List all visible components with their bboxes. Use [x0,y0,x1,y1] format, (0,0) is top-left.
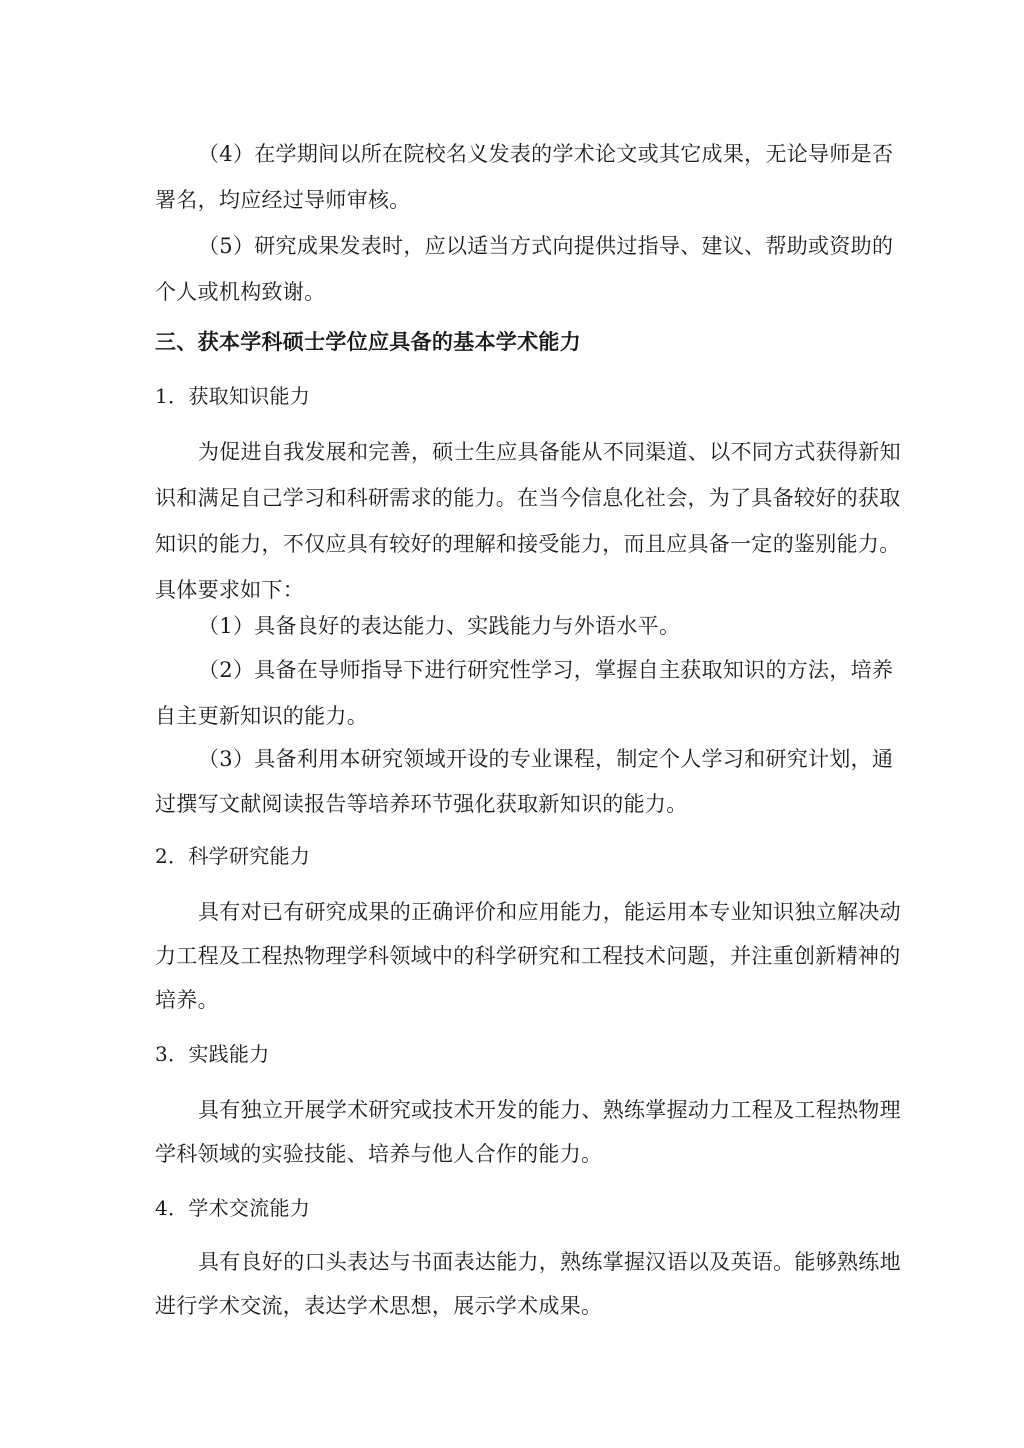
item-5-line-1: （5）研究成果发表时，应以适当方式向提供过指导、建议、帮助或资助的 [198,232,893,260]
research-para-line-3: 培养。 [155,986,219,1014]
knowledge-item-2-line-2: 自主更新知识的能力。 [155,702,368,730]
knowledge-para-line-3: 知识的能力，不仅应具有较好的理解和接受能力，而且应具备一定的鉴别能力。 [155,530,901,558]
item-4-line-2: 署名，均应经过导师审核。 [155,186,411,214]
practice-para-line-2: 学科领域的实验技能、培养与他人合作的能力。 [155,1140,602,1168]
knowledge-item-3-line-2: 过撰写文献阅读报告等培养环节强化获取新知识的能力。 [155,790,688,818]
subheading-practice: 3．实践能力 [155,1040,270,1068]
document-page: （4）在学期间以所在院校名义发表的学术论文或其它成果，无论导师是否 署名，均应经… [0,0,1024,1448]
section-heading-3: 三、获本学科硕士学位应具备的基本学术能力 [155,328,581,356]
item-4-line-1: （4）在学期间以所在院校名义发表的学术论文或其它成果，无论导师是否 [198,140,893,168]
practice-para-line-1: 具有独立开展学术研究或技术开发的能力、熟练掌握动力工程及工程热物理 [198,1096,901,1124]
knowledge-item-1: （1）具备良好的表达能力、实践能力与外语水平。 [198,612,680,640]
subheading-research: 2．科学研究能力 [155,842,310,870]
research-para-line-1: 具有对已有研究成果的正确评价和应用能力，能运用本专业知识独立解决动 [198,898,901,926]
subheading-communication: 4．学术交流能力 [155,1194,310,1222]
knowledge-para-line-1: 为促进自我发展和完善，硕士生应具备能从不同渠道、以不同方式获得新知 [198,438,901,466]
knowledge-para-line-2: 识和满足自己学习和科研需求的能力。在当今信息化社会，为了具备较好的获取 [155,484,901,512]
knowledge-item-2-line-1: （2）具备在导师指导下进行研究性学习，掌握自主获取知识的方法，培养 [198,656,893,684]
knowledge-para-line-4: 具体要求如下： [155,576,304,604]
communication-para-line-1: 具有良好的口头表达与书面表达能力，熟练掌握汉语以及英语。能够熟练地 [198,1248,901,1276]
knowledge-item-3-line-1: （3）具备利用本研究领域开设的专业课程，制定个人学习和研究计划，通 [198,745,893,773]
research-para-line-2: 力工程及工程热物理学科领域中的科学研究和工程技术问题，并注重创新精神的 [155,942,901,970]
item-5-line-2: 个人或机构致谢。 [155,278,325,306]
subheading-knowledge: 1．获取知识能力 [155,382,310,410]
communication-para-line-2: 进行学术交流，表达学术思想，展示学术成果。 [155,1292,602,1320]
